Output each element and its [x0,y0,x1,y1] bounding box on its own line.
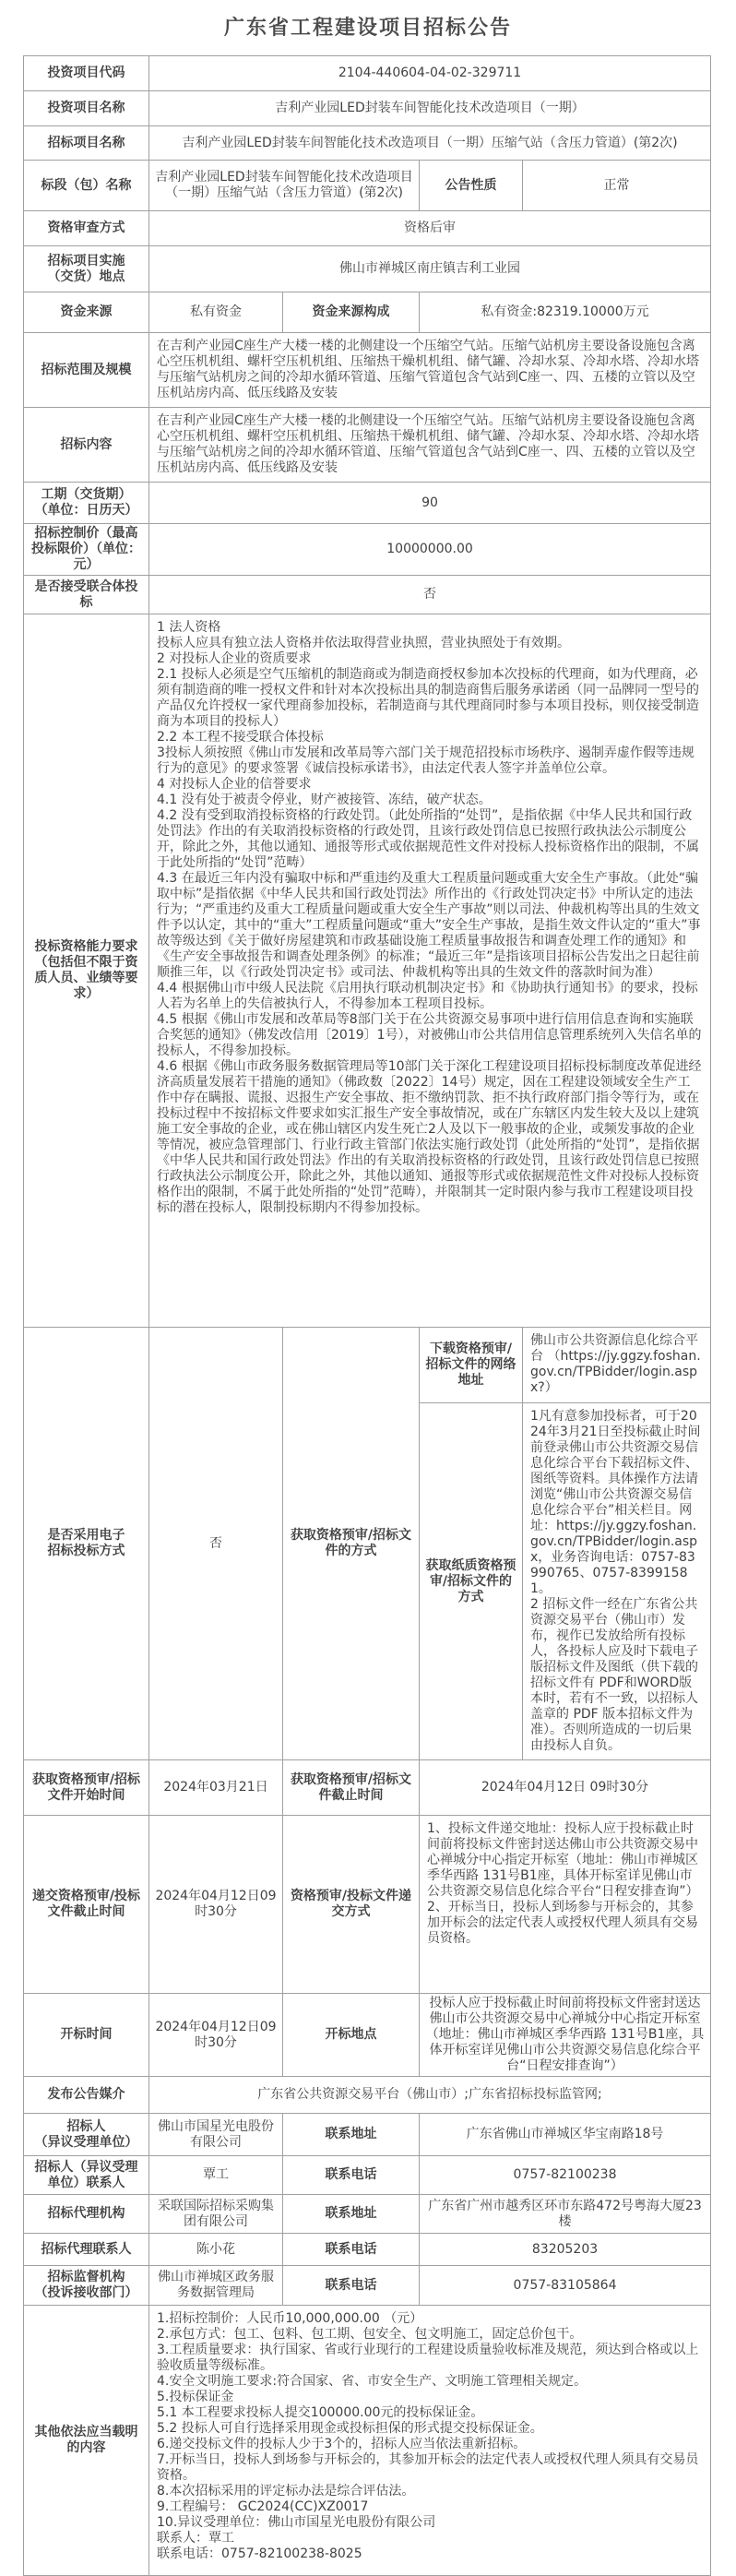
tenderer-address-label: 联系地址 [283,2114,420,2156]
qualification-review-value: 资格后审 [149,211,711,246]
submission-method-value: 1、投标文件递交地址：投标人应于投标截止时间前将投标文件密封送达佛山市公共资源交… [420,1816,711,1994]
supervision-phone-value: 0757-83105864 [420,2266,711,2306]
scope-value: 在吉利产业园C座生产大楼一楼的北侧建设一个压缩空气站。压缩气站机房主要设备设施包… [149,333,711,408]
obtain-end-value: 2024年04月12日 09时30分 [420,1760,711,1816]
agency-phone-label: 联系电话 [283,2234,420,2266]
location-value: 佛山市禅城区南庄镇吉利工业园 [149,246,711,292]
qualification-requirements-label: 投标资格能力要求（包括但不限于资质人员、业绩等要求） [24,614,149,1328]
page-title: 广东省工程建设项目招标公告 [0,0,736,55]
tenderer-value: 佛山市国星光电股份有限公司 [149,2114,283,2156]
media-value: 广东省公共资源交易平台（佛山市）;广东省招标投标监管网; [149,2077,711,2114]
opening-place-value: 投标人应于投标截止时间前将投标文件密封送达佛山市公共资源交易中心禅城分中心指定开… [420,1994,711,2077]
content-label: 招标内容 [24,408,149,483]
consortium-value: 否 [149,576,711,614]
opening-time-label: 开标时间 [24,1994,149,2077]
duration-value: 90 [149,483,711,524]
electronic-bidding-value: 否 [149,1328,283,1760]
investment-name-label: 投资项目名称 [24,91,149,126]
investment-code-label: 投资项目代码 [24,56,149,91]
tenderer-contact-label: 招标人（异议受理单位）联系人 [24,2156,149,2195]
other-content-value: 1.招标控制价：人民币10,000,000.00 （元） 2.承包方式：包工、包… [149,2306,711,2576]
notice-nature-label: 公告性质 [420,161,523,211]
agency-address-label: 联系地址 [283,2195,420,2234]
opening-place-label: 开标地点 [283,1994,420,2077]
obtain-start-value: 2024年03月21日 [149,1760,283,1816]
section-name-value: 吉利产业园LED封装车间智能化技术改造项目（一期）压缩气站（含压力管道）(第2次… [149,161,420,211]
agency-contact-value: 陈小花 [149,2234,283,2266]
supervision-value: 佛山市禅城区政务服务数据管理局 [149,2266,283,2306]
agency-address-value: 广东省广州市越秀区环市东路472号粤海大厦23楼 [420,2195,711,2234]
agency-label: 招标代理机构 [24,2195,149,2234]
qualification-requirements-value: 1 法人资格 投标人应具有独立法人资格并依法取得营业执照，营业执照处于有效期。 … [149,614,711,1328]
supervision-phone-label: 联系电话 [283,2266,420,2306]
tender-name-value: 吉利产业园LED封装车间智能化技术改造项目（一期）压缩气站（含压力管道）(第2次… [149,126,711,161]
submission-deadline-value: 2024年04月12日09时30分 [149,1816,283,1994]
tenderer-phone-value: 0757-82100238 [420,2156,711,2195]
funding-composition-value: 私有资金:82319.10000万元 [420,292,711,333]
obtain-method-label: 获取资格预审/招标文件的方式 [283,1328,420,1760]
funding-source-value: 私有资金 [149,292,283,333]
tenderer-contact-value: 覃工 [149,2156,283,2195]
download-address-label: 下载资格预审/招标文件的网络地址 [420,1328,523,1403]
download-address-value: 佛山市公共资源信息化综合平台 （https://jy.ggzy.foshan.g… [523,1328,711,1403]
duration-label: 工期（交货期） （单位：日历天） [24,483,149,524]
other-content-label: 其他依法应当载明的内容 [24,2306,149,2576]
funding-source-label: 资金来源 [24,292,149,333]
control-price-label: 招标控制价（最高投标限价）（单位：元） [24,524,149,576]
section-name-label: 标段（包）名称 [24,161,149,211]
paper-method-label: 获取纸质资格预审/招标文件的方式 [420,1403,523,1760]
tenderer-phone-label: 联系电话 [283,2156,420,2195]
agency-contact-label: 招标代理联系人 [24,2234,149,2266]
supervision-label: 招标监督机构 （投诉接收部门） [24,2266,149,2306]
qualification-review-label: 资格审查方式 [24,211,149,246]
obtain-start-label: 获取资格预审/招标文件开始时间 [24,1760,149,1816]
control-price-value: 10000000.00 [149,524,711,576]
content-value: 在吉利产业园C座生产大楼一楼的北侧建设一个压缩空气站。压缩气站机房主要设备设施包… [149,408,711,483]
submission-method-label: 资格预审/投标文件递交方式 [283,1816,420,1994]
investment-name-value: 吉利产业园LED封装车间智能化技术改造项目（一期） [149,91,711,126]
electronic-bidding-label: 是否采用电子 招标投标方式 [24,1328,149,1760]
media-label: 发布公告媒介 [24,2077,149,2114]
location-label: 招标项目实施 （交货）地点 [24,246,149,292]
agency-value: 采联国际招标采购集团有限公司 [149,2195,283,2234]
tender-name-label: 招标项目名称 [24,126,149,161]
investment-code-value: 2104-440604-04-02-329711 [149,56,711,91]
agency-phone-value: 83205203 [420,2234,711,2266]
opening-time-value: 2024年04月12日09时30分 [149,1994,283,2077]
tenderer-label: 招标人 （异议受理单位） [24,2114,149,2156]
notice-nature-value: 正常 [523,161,711,211]
consortium-label: 是否接受联合体投标 [24,576,149,614]
tenderer-address-value: 广东省佛山市禅城区华宝南路18号 [420,2114,711,2156]
obtain-end-label: 获取资格预审/招标文件截止时间 [283,1760,420,1816]
submission-deadline-label: 递交资格预审/投标文件截止时间 [24,1816,149,1994]
paper-method-value: 1凡有意参加投标者，可于2024年3月21日至投标截止时间前登录佛山市公共资源交… [523,1403,711,1760]
scope-label: 招标范围及规模 [24,333,149,408]
funding-composition-label: 资金来源构成 [283,292,420,333]
tender-notice-table: 投资项目代码 2104-440604-04-02-329711 投资项目名称 吉… [23,55,711,2576]
